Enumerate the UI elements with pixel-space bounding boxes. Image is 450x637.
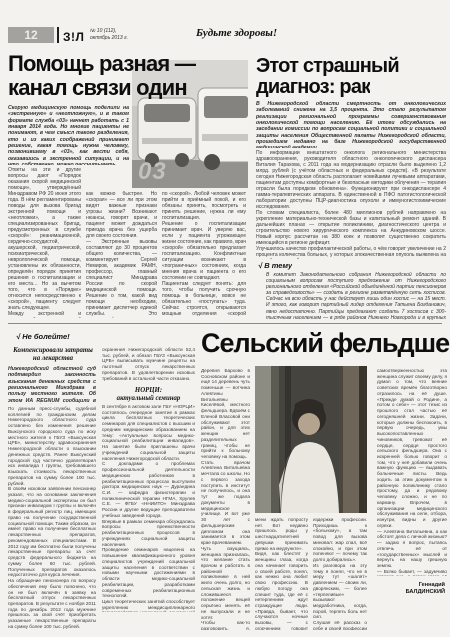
news-item1-continuation: охранения Нижегородской области 52,4 тыс… [102, 347, 195, 383]
right-article-body: По информации внештатного онколога регио… [256, 150, 446, 259]
feature-author-signature: Геннадий БАЛДИНСКИЙ [377, 582, 445, 597]
issue-info: № 10 (112), октябрь 2013 г. [90, 28, 150, 41]
right-article-lead: В Нижегородской области смертность от он… [256, 101, 446, 148]
newspaper-page: 12 З!Л № 10 (112), октябрь 2013 г. Будьт… [0, 0, 450, 637]
section-divider [8, 323, 442, 324]
right-article-title-line2: диагноз: рак [256, 77, 370, 97]
left-article-column-1: Ответы на эти и другие вопросы дают «Пор… [8, 167, 81, 318]
ambulance-van-left [138, 98, 196, 167]
feature-column-3: издержки профессии. Приходишь к «больном… [313, 517, 367, 630]
paramedic-photo [255, 366, 367, 513]
paramedic-photo-image [255, 366, 367, 513]
ambulance-03-marking: 03 [138, 158, 167, 186]
news-item2-body: В сентябре в актовом зале ГБУ «НОРЦИ» со… [102, 404, 195, 612]
in-theme-mark: √ В тему [258, 261, 292, 270]
in-theme-text: В комитет Законодательного собрания Ниже… [266, 272, 446, 320]
news-section-mark: √ Не болейте! [16, 332, 70, 341]
right-article-title-line1: Этот страшный [256, 56, 399, 76]
left-article-title-line1: Помощь разная — [8, 53, 196, 75]
masthead-divider [57, 27, 59, 43]
left-article-title-line2: канал связи один [8, 77, 187, 99]
news-item1-lead: Нижегородский областной суд подтвердил з… [8, 366, 96, 404]
news-item1-body: По данным пресс-службы, судебной коллеги… [8, 406, 96, 630]
ambulance-van-right [198, 88, 248, 170]
left-article-column-3: по «скорой». Любой человек может прийти … [162, 191, 246, 318]
feature-column-1: Деревня Бархово в Сосновском районе и ещ… [201, 368, 250, 630]
news-item2-title: НОРЦИ: актуальный семинар [104, 387, 193, 403]
left-article-lead: Скорую медицинскую помощь поделили на «э… [8, 105, 129, 165]
feature-column-2: мени ждать попросту нет. Вот недавно при… [255, 517, 308, 630]
news-item1-title: Компенсировали затраты на лекарства [10, 347, 96, 363]
newspaper-logo: З!Л [63, 30, 84, 44]
page-motto: Будьте здоровы! [196, 27, 277, 39]
page-number: 12 [8, 27, 54, 43]
masthead-rule [8, 45, 442, 50]
feature-column-4: самоотверженностью эта женщина служит св… [377, 368, 447, 576]
left-article-column-2: как можно быстрее. Но «скорая» — все ли … [86, 191, 157, 318]
feature-article-title: Сельский фельдшер [201, 330, 450, 357]
